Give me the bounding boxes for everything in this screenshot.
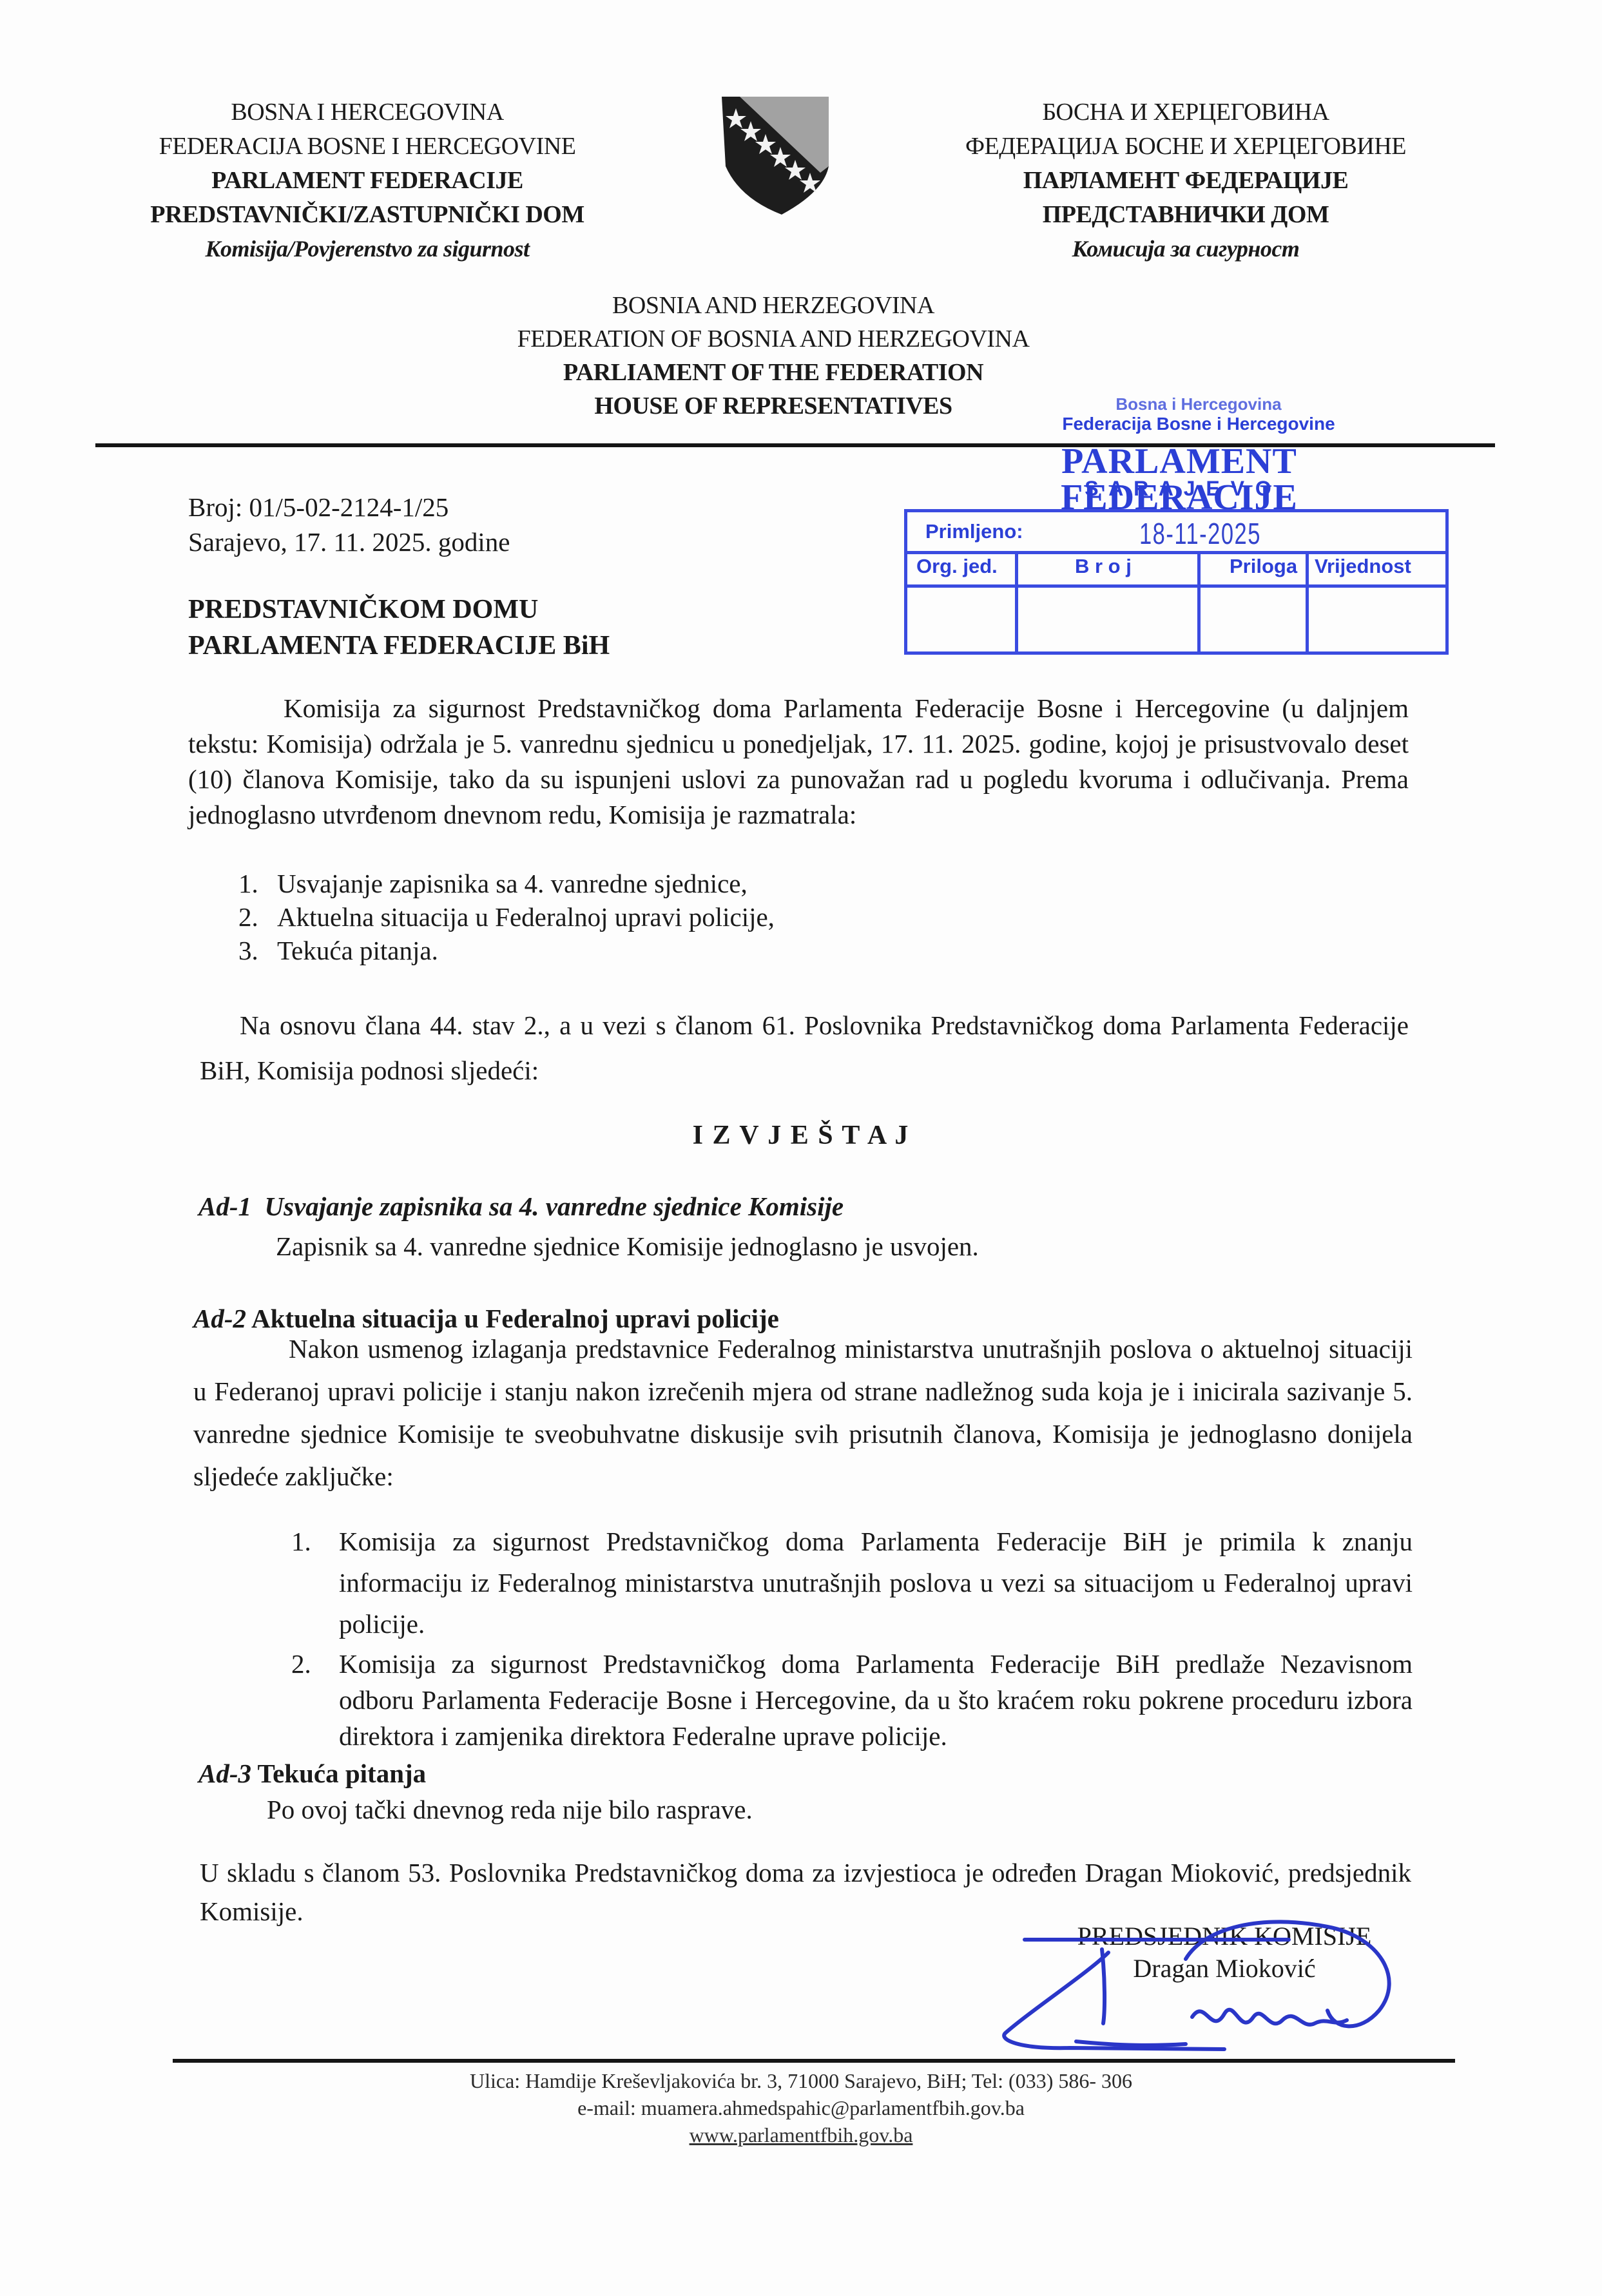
letterhead-center: BOSNIA AND HERZEGOVINA FEDERATION OF BOS… (451, 289, 1095, 423)
recipient: PREDSTAVNIČKOM DOMU PARLAMENTA FEDERACIJ… (188, 592, 610, 664)
footer-website-link[interactable]: www.parlamentfbih.gov.ba (690, 2123, 913, 2146)
stamp-col-priloga: Priloga (1230, 555, 1297, 578)
stamp-received-row: Primljeno: 18-11-2025 (907, 512, 1445, 554)
agenda-list: 1.Usvajanje zapisnika sa 4. vanredne sje… (238, 867, 775, 967)
receipt-stamp-table: Primljeno: 18-11-2025 Org. jed. B r o j … (904, 509, 1449, 655)
ad3-heading: Ad-3 Tekuća pitanja (198, 1758, 426, 1789)
letterhead-right-federation: ФЕДЕРАЦИЈА БОСНЕ И ХЕРЦЕГОВИНЕ (928, 130, 1443, 164)
letterhead-center-parliament: PARLIAMENT OF THE FEDERATION (451, 356, 1095, 389)
recipient-line2: PARLAMENTA FEDERACIJE BiH (188, 628, 610, 664)
basis-paragraph: Na osnovu člana 44. stav 2., a u vezi s … (200, 1003, 1409, 1093)
agenda-item: 3.Tekuća pitanja. (238, 934, 775, 967)
letterhead-right: БОСНА И ХЕРЦЕГОВИНА ФЕДЕРАЦИЈА БОСНЕ И Х… (928, 95, 1443, 266)
letterhead-right-house: ПРЕДСТАВНИЧКИ ДОМ (928, 198, 1443, 232)
stamp-divider (1015, 551, 1018, 651)
stamp-col-vrijednost: Vrijednost (1315, 555, 1411, 578)
conclusion-item: 1. Komisija za sigurnost Predstavničkog … (291, 1521, 1413, 1645)
agenda-item: 2.Aktuelna situacija u Federalnoj upravi… (238, 900, 775, 934)
document-meta: Broj: 01/5-02-2124-1/25 Sarajevo, 17. 11… (188, 490, 510, 559)
ad1-title: Usvajanje zapisnika sa 4. vanredne sjedn… (265, 1191, 844, 1221)
stamp-federation: Federacija Bosne i Hercegovine (1005, 414, 1392, 434)
letterhead-left-country: BOSNA I HERCEGOVINA (103, 95, 632, 130)
letterhead-right-country: БОСНА И ХЕРЦЕГОВИНА (928, 95, 1443, 130)
letterhead-right-commission: Комисија за сигурност (928, 232, 1443, 266)
report-title: I Z V J E Š T A J (0, 1120, 1602, 1151)
stamp-col-broj: B r o j (1075, 555, 1132, 578)
ad3-label: Ad-3 (198, 1759, 251, 1788)
receipt-stamp-header: Bosna i Hercegovina Federacija Bosne i H… (1005, 394, 1392, 434)
stamp-city: S A R A J E V O (1018, 477, 1340, 500)
intro-paragraph: Komisija za sigurnost Predstavničkog dom… (188, 691, 1409, 833)
stamp-columns-row: Org. jed. B r o j Priloga Vrijednost (907, 551, 1445, 588)
letterhead-left: BOSNA I HERCEGOVINA FEDERACIJA BOSNE I H… (103, 95, 632, 266)
agenda-item: 1.Usvajanje zapisnika sa 4. vanredne sje… (238, 867, 775, 900)
ad1-label: Ad-1 (198, 1191, 251, 1221)
stamp-divider (1306, 551, 1309, 651)
bih-coat-of-arms-icon (720, 95, 830, 218)
letterhead-right-parliament: ПАРЛАМЕНТ ФЕДЕРАЦИЈЕ (928, 164, 1443, 198)
letterhead-left-federation: FEDERACIJA BOSNE I HERCEGOVINE (103, 130, 632, 164)
stamp-received-label: Primljeno: (925, 520, 1023, 543)
handwritten-signature-icon (992, 1901, 1469, 2056)
document-number: Broj: 01/5-02-2124-1/25 (188, 490, 510, 525)
stamp-country: Bosna i Hercegovina (1005, 394, 1392, 414)
footer: Ulica: Hamdije Kreševljakovića br. 3, 71… (0, 2067, 1602, 2148)
ad1-heading: Ad-1 Usvajanje zapisnika sa 4. vanredne … (198, 1191, 844, 1222)
conclusion-item: 2. Komisija za sigurnost Predstavničkog … (291, 1646, 1413, 1754)
letterhead-center-federation: FEDERATION OF BOSNIA AND HERZEGOVINA (451, 322, 1095, 356)
stamp-col-org: Org. jed. (916, 555, 998, 578)
letterhead-center-country: BOSNIA AND HERZEGOVINA (451, 289, 1095, 322)
stamp-divider (1197, 551, 1201, 651)
document-place-date: Sarajevo, 17. 11. 2025. godine (188, 525, 510, 559)
footer-divider (173, 2059, 1455, 2063)
ad2-paragraph: Nakon usmenog izlaganja predstavnice Fed… (193, 1327, 1413, 1498)
footer-address: Ulica: Hamdije Kreševljakovića br. 3, 71… (0, 2067, 1602, 2094)
letterhead-center-house: HOUSE OF REPRESENTATIVES (451, 389, 1095, 423)
ad3-text: Po ovoj tački dnevnog reda nije bilo ras… (267, 1794, 753, 1825)
stamp-received-date: 18-11-2025 (1139, 516, 1261, 551)
footer-email[interactable]: e-mail: muamera.ahmedspahic@parlamentfbi… (0, 2094, 1602, 2121)
ad2-conclusions: 1. Komisija za sigurnost Predstavničkog … (291, 1521, 1413, 1754)
recipient-line1: PREDSTAVNIČKOM DOMU (188, 592, 610, 628)
letterhead-left-parliament: PARLAMENT FEDERACIJE (103, 164, 632, 198)
ad1-text: Zapisnik sa 4. vanredne sjednice Komisij… (276, 1231, 979, 1262)
letterhead-left-house: PREDSTAVNIČKI/ZASTUPNIČKI DOM (103, 198, 632, 232)
letterhead-left-commission: Komisija/Povjerenstvo za sigurnost (103, 232, 632, 266)
ad3-title: Tekuća pitanja (258, 1759, 427, 1788)
